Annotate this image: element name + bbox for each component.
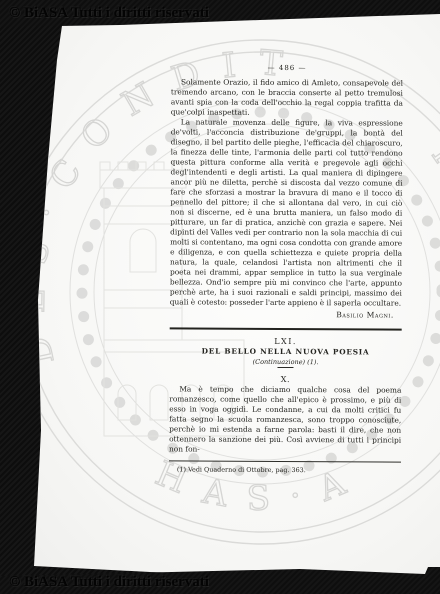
text-column: — 486 — Solamente Orazio, il fido amico … [169, 62, 403, 475]
copyright-text-bottom: © BiASA Tutti i diritti riservati [9, 574, 209, 591]
footnote: (1) Vedi Quaderno di Ottobre, pag. 363. [169, 465, 401, 475]
section-subtitle: (Continuazione) (1). [169, 356, 401, 367]
scanned-page: DES·CONDIT IRIS HAS·A — 486 — Solamente … [0, 0, 440, 594]
copyright-text-top: © BiASA Tutti i diritti riservati [9, 5, 209, 22]
footnote-rule [169, 460, 401, 462]
seal-ring-text-right: IRIS [423, 136, 440, 307]
section-divider-rule [170, 327, 402, 330]
paragraph-1: Solamente Orazio, il fido amico di Amlet… [171, 77, 403, 118]
paragraph-3: Ma è tempo che diciamo qualche cosa del … [169, 384, 401, 455]
short-dash-rule [277, 367, 293, 368]
page-number: — 486 — [171, 62, 403, 73]
author-signature: Basilio Magni. [170, 309, 402, 320]
section-title: DEL BELLO NELLA NUOVA POESIA [170, 346, 402, 357]
paragraph-2: La naturale movenza delle figure, la viv… [170, 117, 403, 308]
